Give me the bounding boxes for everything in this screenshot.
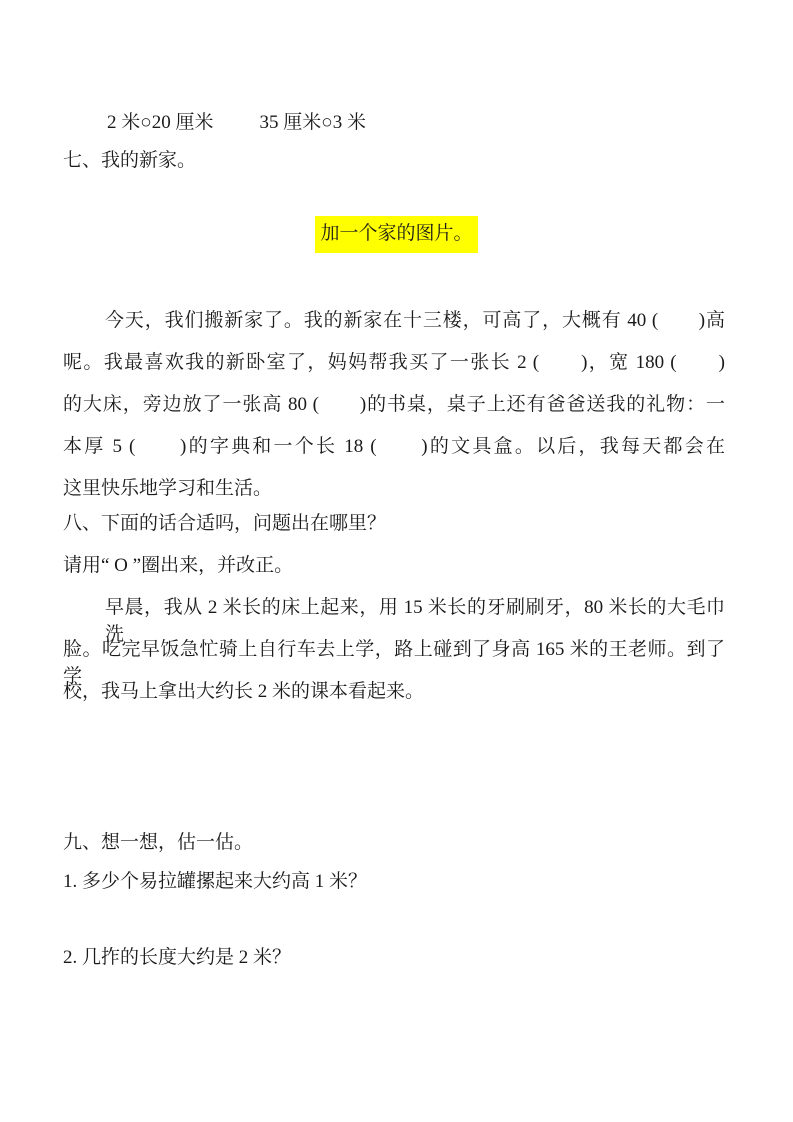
section-7-paragraph-line: 今天，我们搬新家了。我的新家在十三楼，可高了，大概有 40 ( )高 (105, 307, 725, 334)
comparison-pair-1: 2 米○20 厘米 (107, 109, 213, 136)
section-7-paragraph-line: 呢。我最喜欢我的新卧室了，妈妈帮我买了一张长 2 ( )，宽 180 ( ) (63, 349, 725, 376)
comparison-pair-2: 35 厘米○3 米 (259, 109, 365, 136)
section-7-paragraph-line: 本厚 5 ( )的字典和一个长 18 ( )的文具盒。以后，我每天都会在 (63, 433, 725, 460)
section-8-instruction: 请用“ O ”圈出来，并改正。 (63, 552, 725, 579)
image-placeholder-row: 加一个家的图片。 (0, 216, 793, 253)
section-8-paragraph-line: 校，我马上拿出大约长 2 米的课本看起来。 (63, 678, 725, 705)
section-7-heading: 七、我的新家。 (63, 147, 725, 174)
section-8-heading: 八、下面的话合适吗，问题出在哪里？ (63, 510, 725, 537)
section-9-question-2: 2. 几拃的长度大约是 2 米？ (63, 944, 725, 971)
section-7-paragraph-line: 的大床，旁边放了一张高 80 ( )的书桌，桌子上还有爸爸送我的礼物：一 (63, 391, 725, 418)
section-7-paragraph-line: 这里快乐地学习和生活。 (63, 475, 725, 502)
comparison-row: 2 米○20 厘米 35 厘米○3 米 (107, 109, 366, 136)
section-9-heading: 九、想一想，估一估。 (63, 829, 725, 856)
section-9-question-1: 1. 多少个易拉罐摞起来大约高 1 米？ (63, 868, 725, 895)
worksheet-page: 2 米○20 厘米 35 厘米○3 米 七、我的新家。 加一个家的图片。 今天，… (0, 0, 793, 1122)
image-placeholder-highlight: 加一个家的图片。 (315, 216, 477, 253)
